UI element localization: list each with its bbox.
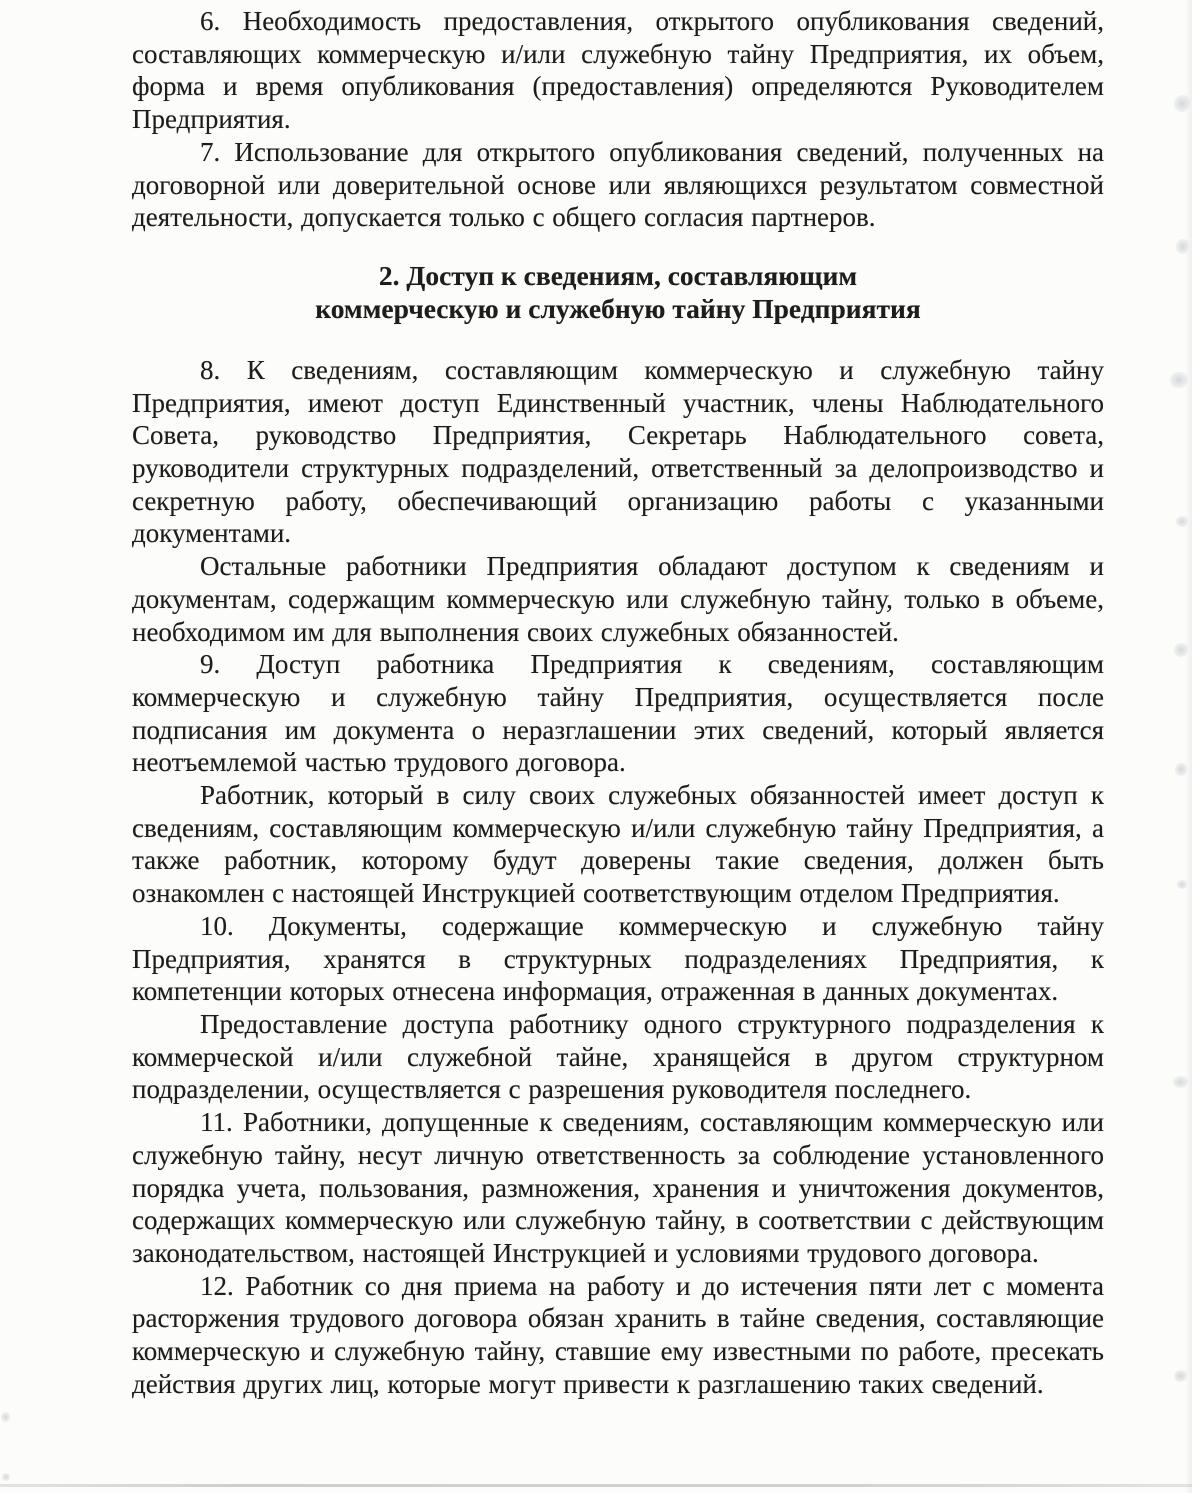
paragraph-10-continuation: Предоставление доступа работнику одного … (132, 1008, 1104, 1106)
section-2-heading: 2. Доступ к сведениям, составляющим комм… (132, 259, 1104, 325)
scan-smudge-1 (1174, 95, 1190, 112)
scan-smudge-9 (1174, 1370, 1187, 1382)
scan-smudge-8 (1173, 1076, 1188, 1088)
paragraph-6: 6. Необходимость предоставления, открыто… (132, 5, 1104, 136)
scan-smudge-7 (1177, 880, 1187, 889)
section-2-heading-line-1: 2. Доступ к сведениям, составляющим (132, 259, 1104, 292)
document-content: 6. Необходимость предоставления, открыто… (132, 5, 1104, 1400)
scanned-document-page: 6. Необходимость предоставления, открыто… (0, 0, 1192, 1493)
paragraph-7: 7. Использование для открытого опубликов… (132, 136, 1104, 234)
scan-smudge-10 (1, 1412, 10, 1422)
section-2-heading-line-2: коммерческую и служебную тайну Предприят… (132, 292, 1104, 325)
scan-smudge-5 (1174, 643, 1188, 657)
paragraph-9: 9. Доступ работника Предприятия к сведен… (132, 648, 1104, 779)
paragraph-8-continuation: Остальные работники Предприятия обладают… (132, 550, 1104, 648)
paragraph-8: 8. К сведениям, составляющим коммерческу… (132, 354, 1104, 550)
paragraph-12: 12. Работник со дня приема на работу и д… (132, 1270, 1104, 1401)
scan-bottom-line (0, 1484, 1192, 1487)
scan-smudge-6 (1175, 763, 1187, 776)
scan-smudge-4 (1176, 516, 1188, 527)
scan-smudge-3 (1170, 372, 1188, 388)
scan-smudge-11 (2, 1473, 10, 1481)
scan-smudge-2 (1176, 239, 1189, 254)
paragraph-9-continuation: Работник, который в силу своих служебных… (132, 779, 1104, 910)
paragraph-11: 11. Работники, допущенные к сведениям, с… (132, 1106, 1104, 1270)
scan-edge-shade (1185, 0, 1192, 1493)
paragraph-10: 10. Документы, содержащие коммерческую и… (132, 910, 1104, 1008)
